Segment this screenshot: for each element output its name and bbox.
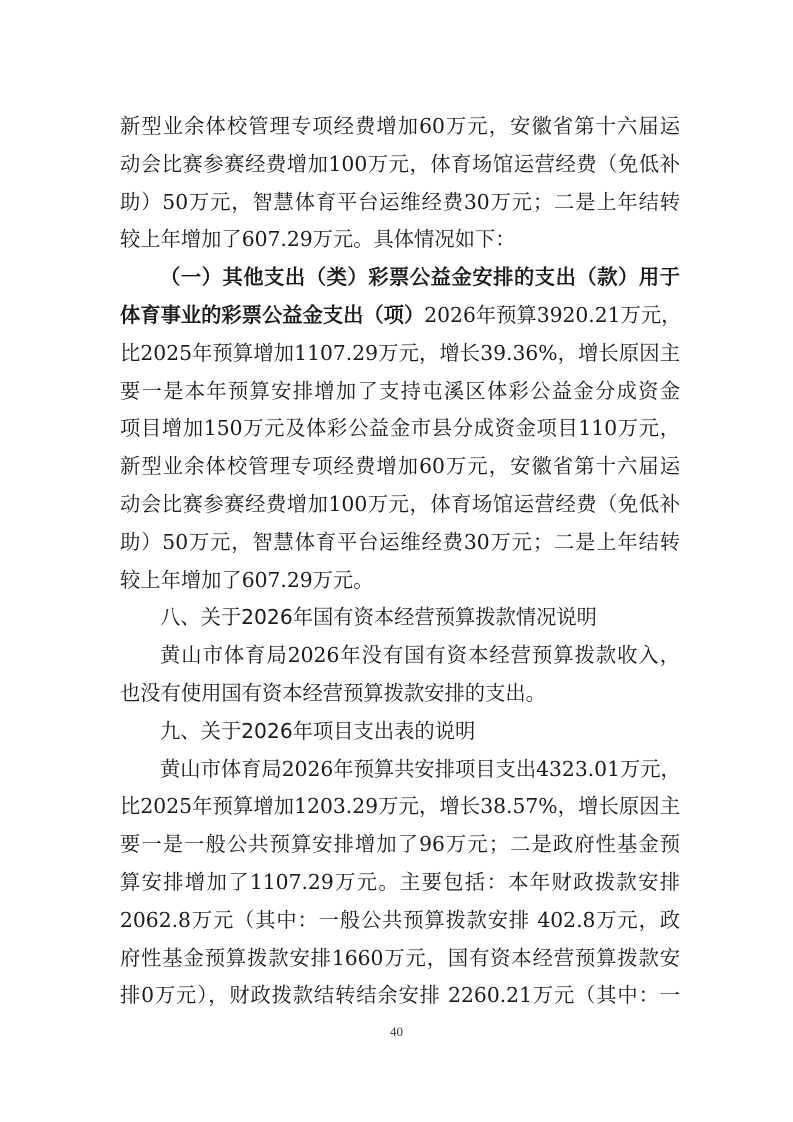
section-1-line: 体育事业的彩票公益金支出（项）2026年预算3920.21万元， <box>120 297 680 335</box>
section-9-line: 府性基金预算拨款安排1660万元，国有资本经营预算拨款安 <box>120 940 680 978</box>
section-1-line: 比2025年预算增加1107.29万元，增长39.36%，增长原因主 <box>120 335 680 373</box>
section-8-line: 也没有使用国有资本经营预算拨款安排的支出。 <box>120 675 680 713</box>
section-9-line: 2062.8万元（其中：一般公共预算拨款安排 402.8万元，政 <box>120 902 680 940</box>
section-9-line: 排0万元），财政拨款结转结余安排 2260.21万元（其中：一 <box>120 977 680 1015</box>
section-1-line: 动会比赛参赛经费增加100万元，体育场馆运营经费（免低补 <box>120 486 680 524</box>
paragraph-line: 新型业余体校管理专项经费增加60万元，安徽省第十六届运 <box>120 108 680 146</box>
document-page: 新型业余体校管理专项经费增加60万元，安徽省第十六届运 动会比赛参赛经费增加10… <box>120 108 680 1015</box>
section-1-heading-continuation: 体育事业的彩票公益金支出（项） <box>120 303 424 327</box>
section-1-line: 新型业余体校管理专项经费增加60万元，安徽省第十六届运 <box>120 448 680 486</box>
section-9-heading: 九、关于2026年项目支出表的说明 <box>120 713 680 751</box>
section-1-line: 要一是本年预算安排增加了支持屯溪区体彩公益金分成资金 <box>120 373 680 411</box>
paragraph-line: 动会比赛参赛经费增加100万元，体育场馆运营经费（免低补 <box>120 146 680 184</box>
page-number: 40 <box>0 1024 793 1040</box>
section-1-line: 助）50万元，智慧体育平台运维经费30万元；二是上年结转 <box>120 524 680 562</box>
section-8-heading: 八、关于2026年国有资本经营预算拨款情况说明 <box>120 599 680 637</box>
section-9-line: 算安排增加了1107.29万元。主要包括：本年财政拨款安排 <box>120 864 680 902</box>
section-1-line: 项目增加150万元及体彩公益金市县分成资金项目110万元， <box>120 410 680 448</box>
paragraph-line: 助）50万元，智慧体育平台运维经费30万元；二是上年结转 <box>120 184 680 222</box>
section-9-line: 比2025年预算增加1203.29万元，增长38.57%，增长原因主 <box>120 788 680 826</box>
paragraph-line: 较上年增加了607.29万元。具体情况如下： <box>120 221 680 259</box>
section-9-line: 黄山市体育局2026年预算共安排项目支出4323.01万元， <box>120 751 680 789</box>
section-1-budget-text: 2026年预算3920.21万元， <box>424 303 681 327</box>
section-9-line: 要一是一般公共预算安排增加了96万元；二是政府性基金预 <box>120 826 680 864</box>
section-8-line: 黄山市体育局2026年没有国有资本经营预算拨款收入， <box>120 637 680 675</box>
section-1-heading-line: （一）其他支出（类）彩票公益金安排的支出（款）用于 <box>120 259 680 297</box>
section-1-line: 较上年增加了607.29万元。 <box>120 562 680 600</box>
